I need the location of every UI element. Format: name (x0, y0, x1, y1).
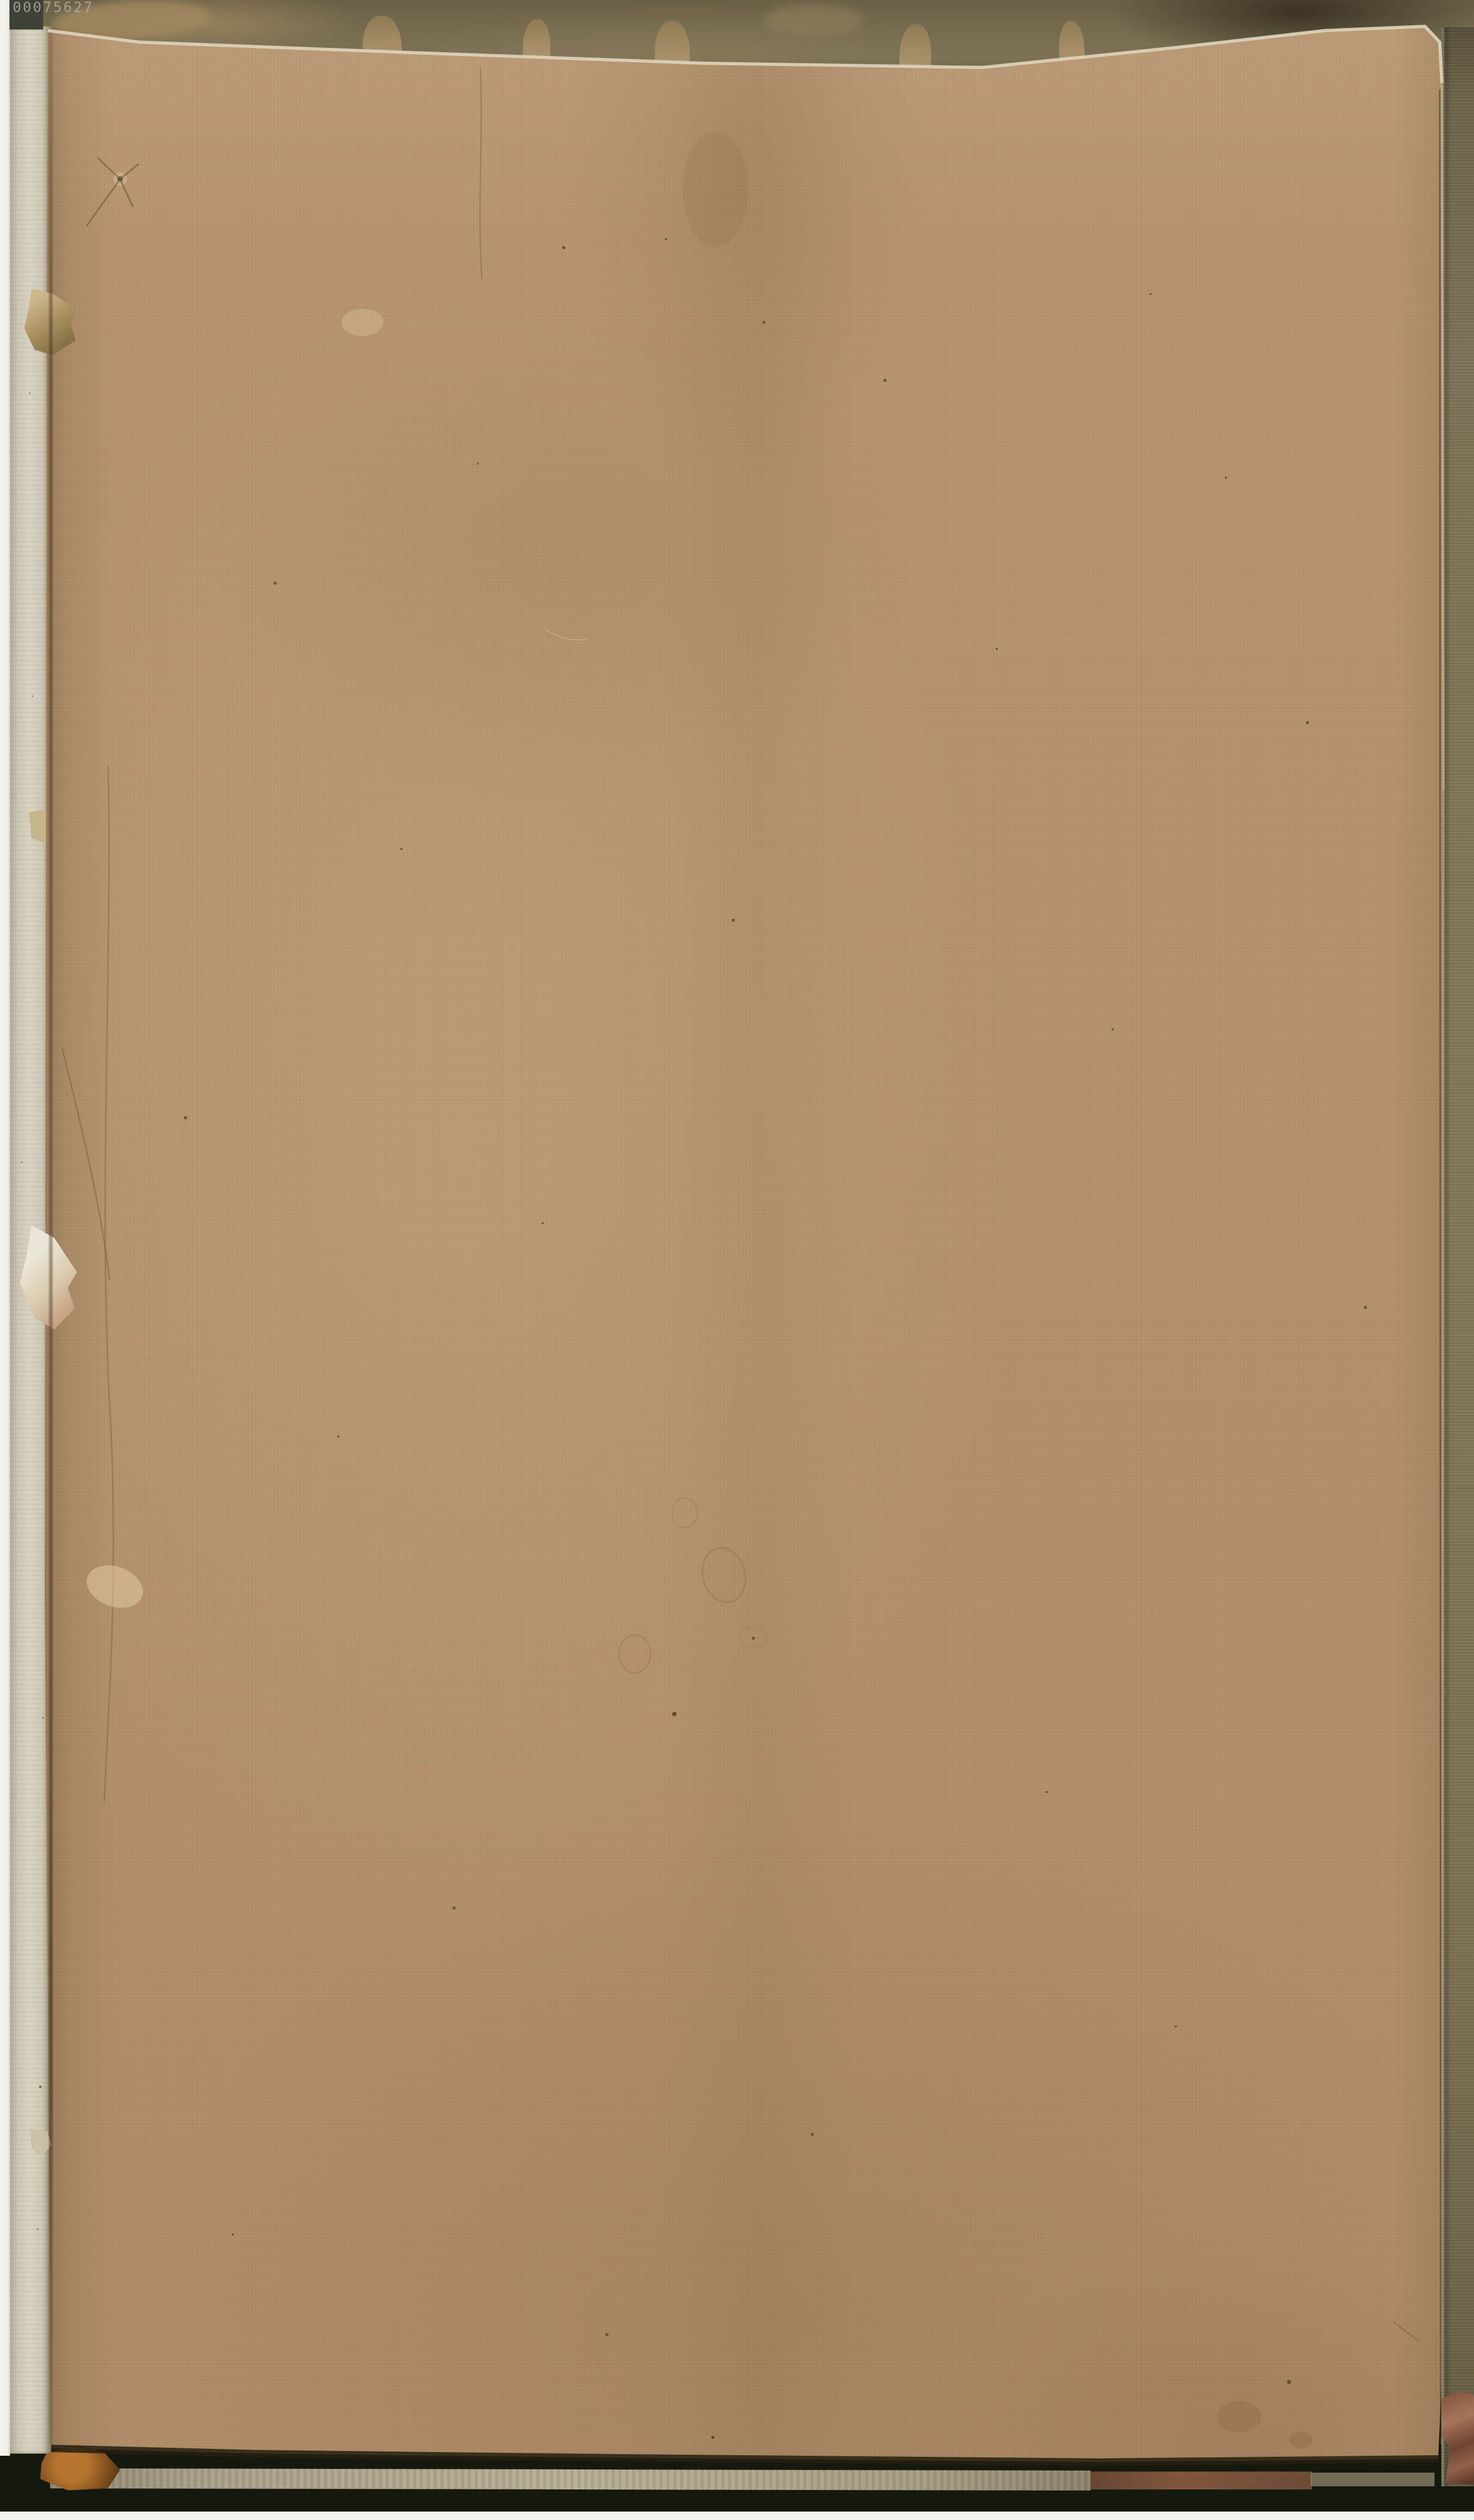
crease-light (545, 629, 587, 640)
scuff-light-2 (341, 309, 384, 336)
scanner-edge-bottom (0, 2512, 1474, 2520)
crease-curve (62, 1048, 110, 1280)
stain-brown-2 (1290, 2432, 1313, 2448)
book-scan: 00075627 (0, 0, 1474, 2520)
crease-top (480, 67, 482, 279)
page-right-seam (1440, 90, 1441, 2439)
ring-stain (619, 1635, 651, 1673)
page-top-edge-highlight (48, 26, 1442, 83)
page-right-edge-highlight-low (1441, 790, 1443, 2444)
scuff-light (81, 1558, 149, 1615)
page-bottom-edge-shadow (51, 2448, 1438, 2462)
page-detail-overlay (0, 0, 1474, 2520)
ring-stain (696, 1543, 751, 1607)
scratch-bottom-right (1393, 2322, 1419, 2341)
stain-brown (1217, 2401, 1261, 2433)
wormhole-star (87, 158, 138, 225)
stain-streak-top (683, 132, 748, 248)
page-right-edge-highlight (1442, 84, 1443, 790)
ring-stain (740, 1627, 767, 1648)
ring-stain (672, 1498, 697, 1528)
crease-long (104, 766, 113, 1802)
watermark-id-text: 00075627 (13, 0, 94, 16)
